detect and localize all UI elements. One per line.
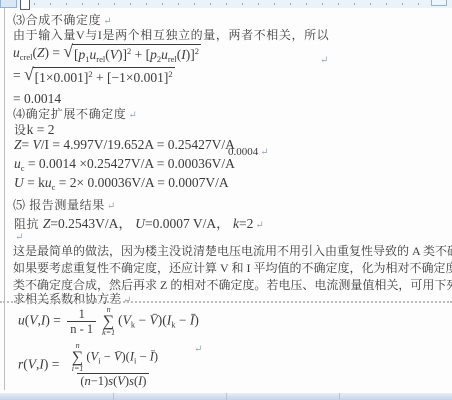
line-set-k: 设k = 2 [14, 121, 54, 138]
formula-ucrel-sub: = √[1×0.001]2 + [−1×0.001]2 [13, 67, 175, 86]
ruler-ticks [34, 3, 428, 5]
line-U-calc: U = kuc = 2× 0.00036V/A = 0.0007V/A [14, 175, 229, 192]
comment-line-2: 如果要考虑重复性不确定度，还应计算 V 和 I 平均值的不确定度，化为相对不确定… [13, 259, 452, 276]
line-report-result: 阻抗 Z=0.2543V/A， U=0.0007 V/A， k=2↵ [14, 212, 264, 232]
taskbar-segment-divider [226, 393, 227, 400]
page-boundary-dotted-line [0, 301, 452, 303]
comment-line-2-text: 如果要考虑重复性不确定度，还应计算 V 和 I 平均值的不确定度，化为相对不确定… [13, 261, 452, 275]
text-boundary-line [4, 8, 5, 390]
comment-line-1: 这是最简单的做法，因为楼主没说清楚电压电流用不用引入由重复性导致的 A 类不确定… [13, 242, 452, 259]
taskbar-segment-divider [113, 393, 114, 400]
heading-step4: ⑷确定扩展不确定度↵ [13, 105, 137, 122]
line-break-mark: ↵ [126, 110, 137, 121]
formula-result-text: = 0.0014 [13, 91, 61, 106]
comment-line-1-text: 这是最简单的做法，因为楼主没说清楚电压电流用不用引入由重复性导致的 A 类不确定… [13, 244, 452, 258]
line-break-mark: ↵ [258, 147, 268, 158]
line-break-mark: ↵ [318, 55, 328, 66]
heading-step5: ⑸ 报告测量结果↵ [13, 196, 116, 213]
indent-marker[interactable] [20, 0, 30, 10]
line-impedance-calc: Z= V/I = 4.997V/19.652A = 0.25427V/A [14, 137, 235, 153]
taskbar-segment-divider [339, 393, 340, 400]
formula-ucrel: ucrel(Z) = √[p1urel(V)]2 + [p2urel(I)]2 [13, 44, 201, 64]
line-break-mark: ↵ [192, 344, 202, 355]
formula-covariance: u(V,I) = 1n - 1n∑k=1(Vk − V̄)(Ik − Ī) [18, 306, 199, 337]
line-break-mark: ↵ [105, 201, 116, 212]
comment-line-4-text: 求相关系数和协方差 [13, 292, 121, 306]
taskbar-edge[interactable] [0, 393, 452, 400]
comment-line-4: 求相关系数和协方差↵ [13, 290, 131, 307]
document-window: ⑶合成不确定度↵ 由于输入量V与I是两个相互独立的量，两者不相关，所以 ucre… [0, 0, 452, 400]
right-indent-marker[interactable] [431, 0, 447, 6]
ruler-margin-box[interactable] [0, 0, 17, 8]
intro-sentence-text: 由于输入量V与I是两个相互独立的量，两者不相关，所以 [13, 28, 329, 42]
heading-step4-text: ⑷确定扩展不确定度 [13, 107, 126, 121]
line-uc-calc: uc = 0.0014 ×0.25427V/A = 0.00036V/A [14, 156, 235, 173]
heading-step5-text: ⑸ 报告测量结果 [13, 198, 105, 212]
heading-step3-text: ⑶合成不确定度 [13, 13, 101, 27]
formula-correlation: r(V,I) = n∑i=1(Vi − V̄)(Ii − Ī)(n−1)s(V… [18, 342, 164, 389]
horizontal-ruler[interactable] [0, 0, 452, 8]
intro-sentence: 由于输入量V与I是两个相互独立的量，两者不相关，所以 [13, 26, 329, 43]
